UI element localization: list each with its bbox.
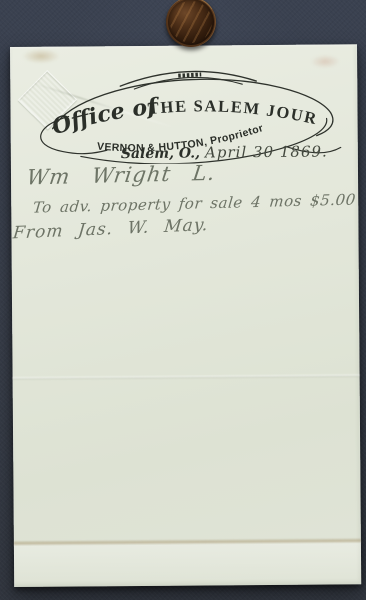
- handwriting-line-1: Wm Wright L.: [25, 161, 217, 190]
- handwriting-line-3: From Jas. W. May.: [12, 215, 209, 243]
- handwriting-line-2: To adv. property for sale 4 mos $5.00: [32, 190, 357, 216]
- dateline-printed-place: Salem, O.,: [121, 146, 200, 163]
- penny-coin: [166, 0, 216, 47]
- crease-line-middle: [13, 374, 360, 380]
- dateline: Salem, O., April 30 1869.: [121, 142, 328, 163]
- below-fold-strip: [14, 543, 361, 587]
- ornament-dashes: [178, 74, 201, 75]
- svg-text:Office of: Office of: [49, 93, 162, 140]
- dateline-handwritten-date: April 30 1869.: [205, 143, 328, 162]
- photo-background: Office of THE SALEM JOURNAL. VERNON & HU…: [0, 0, 366, 600]
- paper-sheet: Office of THE SALEM JOURNAL. VERNON & HU…: [10, 44, 361, 587]
- letterhead-office-of: Office of: [49, 93, 162, 140]
